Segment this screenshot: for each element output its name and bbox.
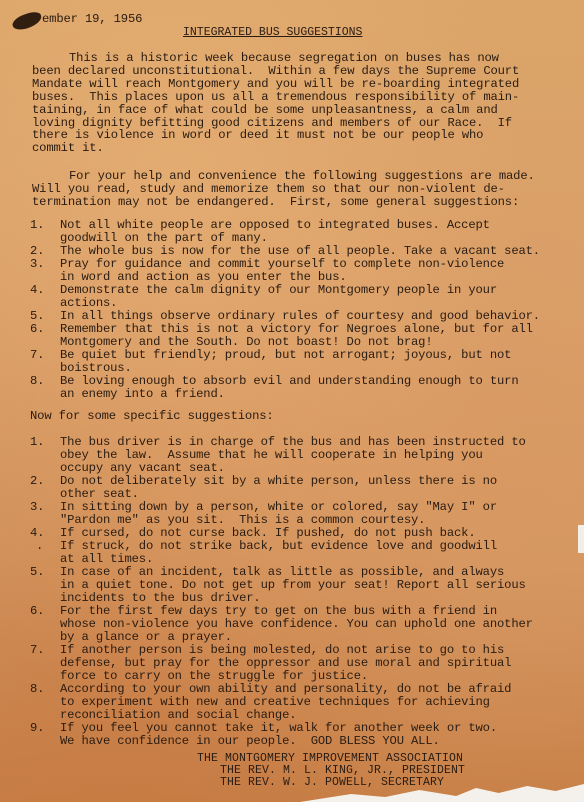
document-title: INTEGRATED BUS SUGGESTIONS — [183, 27, 362, 40]
list-number: 4. — [30, 527, 44, 540]
list-item-text: Pray for guidance and commit yourself to… — [60, 258, 504, 271]
list-item-text: "Pardon me" as you sit. This is a common… — [60, 514, 425, 527]
list-item-text: If another person is being molested, do … — [60, 644, 504, 657]
list-number: 8. — [30, 375, 44, 388]
list-item-text: an enemy into a friend. — [60, 388, 225, 401]
paragraph-line: commit it. — [32, 142, 104, 155]
list-number: 7. — [30, 349, 44, 362]
paragraph-line: Mandate will reach Montgomery and you wi… — [32, 78, 519, 91]
list-item-text: in a quiet tone. Do not get up from your… — [60, 579, 526, 592]
list-item-text: occupy any vacant seat. — [60, 462, 225, 475]
list-item-text: other seat. — [60, 488, 139, 501]
list-number: . — [36, 540, 43, 553]
list-item-text: force to carry on the struggle for justi… — [60, 670, 368, 683]
list-item-text: at all times. — [60, 553, 153, 566]
list-number: 4. — [30, 284, 44, 297]
list-item-text: Not all white people are opposed to inte… — [60, 219, 490, 232]
typewritten-document: ember 19, 1956 INTEGRATED BUS SUGGESTION… — [0, 0, 584, 802]
list-item-text: reconciliation and social change. — [60, 709, 296, 722]
list-number: 2. — [30, 245, 44, 258]
list-number: 6. — [30, 605, 44, 618]
paragraph-line: been declared unconstitutional. Within a… — [32, 65, 519, 78]
list-item-text: We have confidence in our people. GOD BL… — [60, 735, 440, 748]
list-number: 2. — [30, 475, 44, 488]
list-item-text: actions. — [60, 297, 117, 310]
list-item-text: Montgomery and the South. Do not boast! … — [60, 336, 433, 349]
paragraph-line: buses. This places upon us all a tremend… — [32, 91, 519, 104]
list-number: 5. — [30, 566, 44, 579]
paragraph-line: taining, in face of what could be some u… — [32, 104, 498, 117]
paragraph-line: This is a historic week because segregat… — [69, 52, 499, 65]
list-item-text: defense, but pray for the oppressor and … — [60, 657, 511, 670]
list-item-text: obey the law. Assume that he will cooper… — [60, 449, 483, 462]
list-item-text: In sitting down by a person, white or co… — [60, 501, 497, 514]
list-item-text: incidents to the bus driver. — [60, 592, 261, 605]
list-item-text: If struck, do not strike back, but evide… — [60, 540, 497, 553]
list-item-text: by a glance or a prayer. — [60, 631, 232, 644]
list-number: 1. — [30, 436, 44, 449]
list-item-text: to experiment with new and creative tech… — [60, 696, 490, 709]
list-number: 9. — [30, 722, 44, 735]
list-number: 3. — [30, 501, 44, 514]
signature-line: THE REV. W. J. POWELL, SECRETARY — [220, 777, 444, 790]
list-item-text: The whole bus is now for the use of all … — [60, 245, 540, 258]
list-item-text: The bus driver is in charge of the bus a… — [60, 436, 526, 449]
list-item-text: According to your own ability and person… — [60, 683, 511, 696]
list-item-text: goodwill on the part of many. — [60, 232, 268, 245]
list-number: 8. — [30, 683, 44, 696]
paragraph-line: Will you read, study and memorize them s… — [32, 183, 505, 196]
list-number: 1. — [30, 219, 44, 232]
document-date: ember 19, 1956 — [42, 13, 142, 26]
list-item-text: in word and action as you enter the bus. — [60, 271, 347, 284]
ink-smudge — [11, 10, 44, 33]
paragraph-line: For your help and convenience the follow… — [69, 170, 535, 183]
list-item-text: Be quiet but friendly; proud, but not ar… — [60, 349, 511, 362]
list-item-text: In all things observe ordinary rules of … — [60, 310, 540, 323]
list-number: 6. — [30, 323, 44, 336]
list-item-text: If you feel you cannot take it, walk for… — [60, 722, 497, 735]
list-item-text: Do not deliberately sit by a white perso… — [60, 475, 497, 488]
list-item-text: If cursed, do not curse back. If pushed,… — [60, 527, 476, 540]
list-item-text: whose non-violence you have confidence. … — [60, 618, 533, 631]
list-item-text: Remember that this is not a victory for … — [60, 323, 533, 336]
list-number: 5. — [30, 310, 44, 323]
list-number: 7. — [30, 644, 44, 657]
list-item-text: For the first few days try to get on the… — [60, 605, 497, 618]
list-item-text: boistrous. — [60, 362, 132, 375]
list-item-text: In case of an incident, talk as little a… — [60, 566, 504, 579]
list-item-text: Demonstrate the calm dignity of our Mont… — [60, 284, 497, 297]
list-item-text: Be loving enough to absorb evil and unde… — [60, 375, 518, 388]
specific-heading: Now for some specific suggestions: — [30, 410, 274, 423]
paragraph-line: termination may not be endangered. First… — [32, 196, 519, 209]
list-number: 3. — [30, 258, 44, 271]
